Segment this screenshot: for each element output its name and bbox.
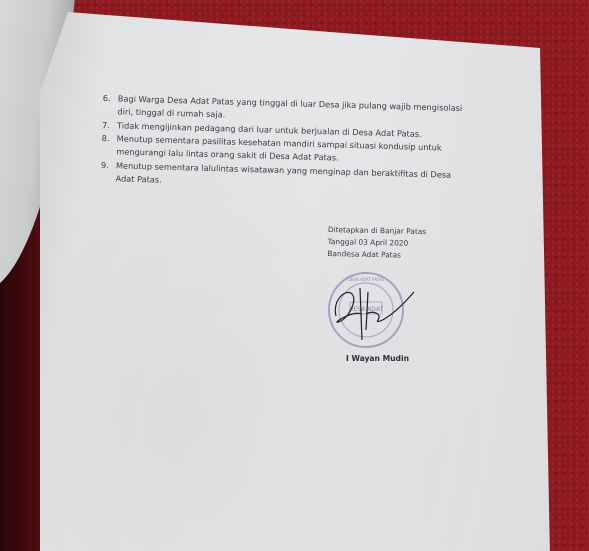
item-number: 9. [100, 159, 116, 185]
document-body: 6. Bagi Warga Desa Adat Patas yang tingg… [100, 92, 472, 196]
item-number: 6. [102, 92, 118, 118]
item-number: 8. [101, 132, 117, 158]
svg-text:DESA ADAT: DESA ADAT [349, 306, 384, 313]
official-stamp-icon: DESA ADAT DESA ADAT PATAS [322, 270, 414, 350]
signature-block: Ditetapkan di Banjar Patas Tanggal 03 Ap… [327, 224, 468, 263]
regulation-list: 6. Bagi Warga Desa Adat Patas yang tingg… [100, 92, 472, 195]
signer-name: I Wayan Mudin [346, 354, 409, 363]
item-number: 7. [102, 119, 117, 132]
svg-text:DESA ADAT PATAS: DESA ADAT PATAS [348, 277, 385, 282]
